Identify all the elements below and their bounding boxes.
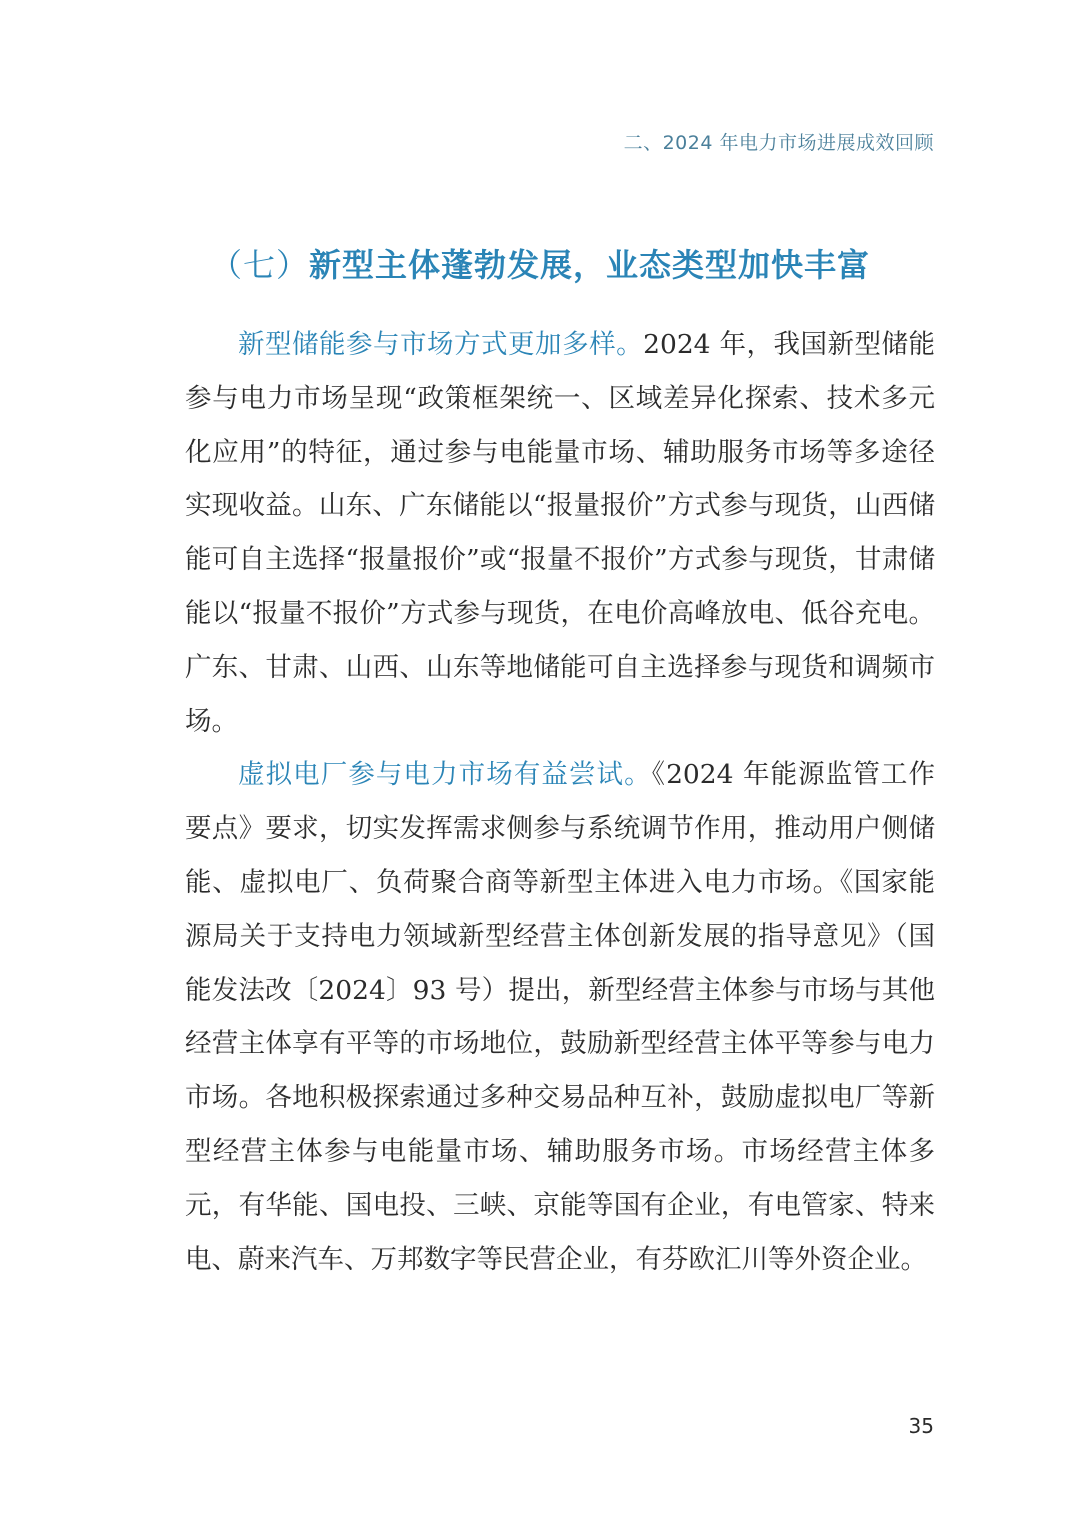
body-text: 新型储能参与市场方式更加多样。2024 年，我国新型储能参与电力市场呈现“政策框… [185, 318, 935, 1286]
paragraph-lead: 新型储能参与市场方式更加多样。 [238, 329, 643, 360]
section-title-text: 新型主体蓬勃发展，业态类型加快丰富 [309, 246, 870, 284]
paragraph-body: 2024 年，我国新型储能参与电力市场呈现“政策框架统一、区域差异化探索、技术多… [185, 329, 935, 737]
section-number: （七） [210, 246, 309, 284]
page-number: 35 [909, 1414, 934, 1438]
running-header: 二、2024 年电力市场进展成效回顾 [624, 128, 934, 155]
paragraph-virtual-power-plant: 虚拟电厂参与电力市场有益尝试。《2024 年能源监管工作要点》要求，切实发挥需求… [185, 748, 935, 1286]
paragraph-body: 《2024 年能源监管工作要点》要求，切实发挥需求侧参与系统调节作用，推动用户侧… [185, 759, 935, 1274]
paragraph-energy-storage: 新型储能参与市场方式更加多样。2024 年，我国新型储能参与电力市场呈现“政策框… [185, 318, 935, 748]
paragraph-lead: 虚拟电厂参与电力市场有益尝试。 [238, 759, 652, 790]
section-title: （七）新型主体蓬勃发展，业态类型加快丰富 [0, 240, 1080, 286]
